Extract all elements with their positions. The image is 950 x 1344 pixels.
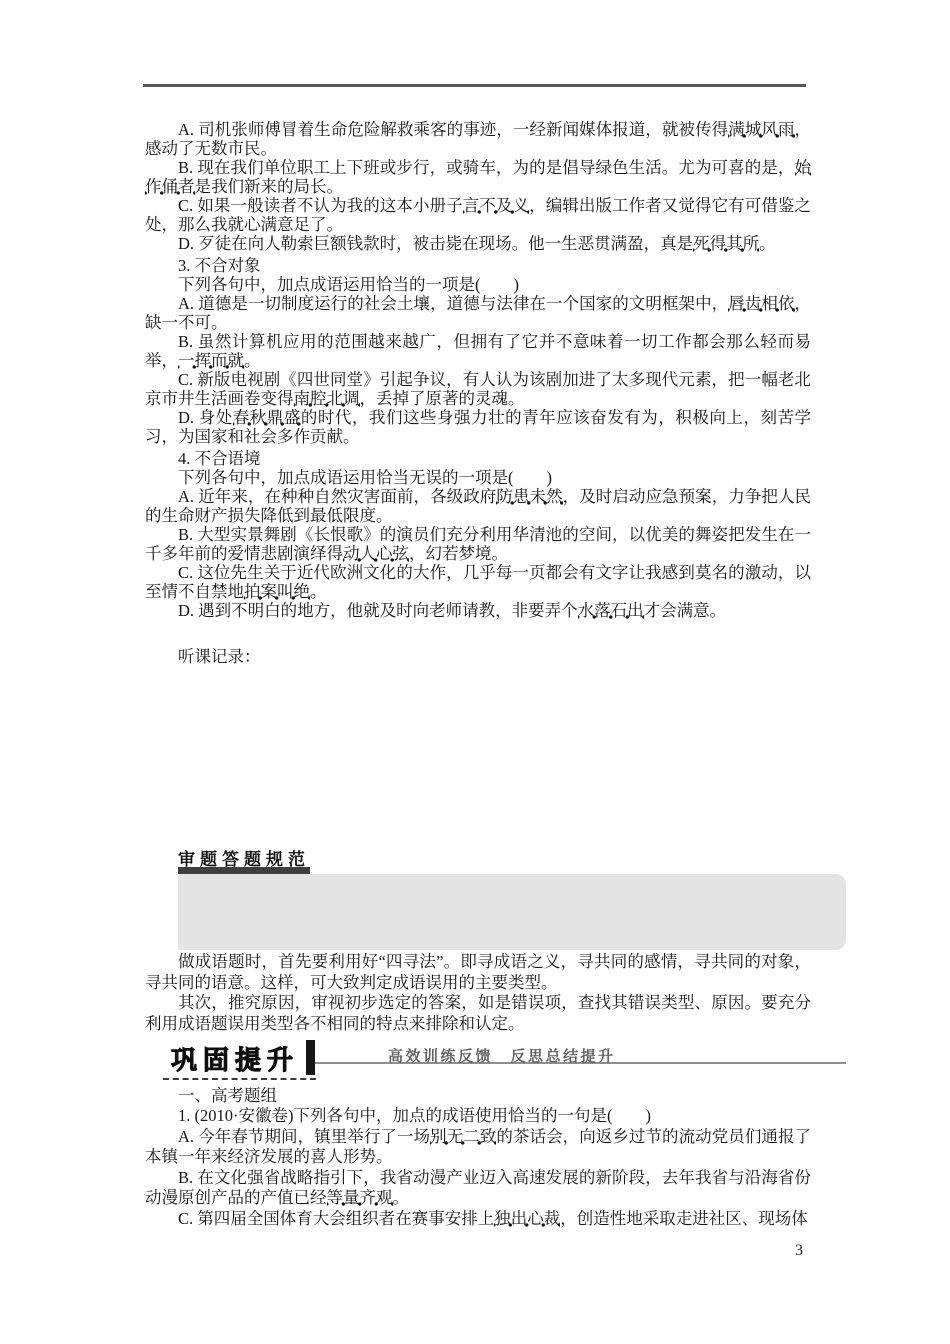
text-run: C. 第四届全国体育大会组织者在赛事安排上 <box>178 1209 494 1228</box>
option-paragraph: C. 这位先生关于近代欧洲文化的大作，几乎每一页都会有文字让我感到莫名的激动，以… <box>145 563 811 601</box>
text-run: 做成语题时，首先要利用好“四寻法”。即寻成语之义，寻共同的感情，寻共同的对象，寻… <box>145 952 811 992</box>
option-paragraph: C. 如果一般读者不认为我的这本小册子言不及义，编辑出版工作者又觉得它有可借鉴之… <box>145 196 811 234</box>
emphasized-idiom: 等量齐观 <box>327 1188 393 1207</box>
emphasized-idiom: 死得其所 <box>693 234 759 253</box>
emphasized-idiom: 一挥而就 <box>178 351 244 370</box>
option-paragraph: A. 今年春节期间，镇里举行了一场别无二致的茶话会，向返乡过节的流动党员们通报了… <box>145 1127 811 1166</box>
text-run: 。 <box>759 234 776 253</box>
text-run: A. 道德是一切制度运行的社会土壤，道德与法律在一个国家的文明框架中， <box>178 294 728 313</box>
text-run: D. 身处 <box>178 408 233 427</box>
text-run: 。 <box>393 1188 410 1207</box>
option-paragraph: B. 在文化强省战略指引下，我省动漫产业迈入高速发展的新阶段，去年我省与沿海省份… <box>145 1168 811 1207</box>
text-run: 下列各句中，加点成语运用恰当无误的一项是( ) <box>178 468 552 487</box>
emphasized-idiom: 言不及义 <box>463 196 529 215</box>
exercise-body: A. 司机张师傅冒着生命危险解救乘客的事迹，一经新闻媒体报道，就被传得满城风雨，… <box>145 120 811 666</box>
header-rule <box>143 84 806 87</box>
question-group-title: 一、高考题组 <box>145 1086 811 1106</box>
subsection-title: 4. 不合语境 <box>145 449 811 468</box>
text-run: ，创造性地采取走进社区、现场体 <box>560 1209 808 1228</box>
emphasized-idiom: 动人心弦 <box>343 544 409 563</box>
text-run: 3. 不合对象 <box>178 256 261 275</box>
text-run: B. 现在我们单位职工上下班或步行，或骑车，为的是倡导绿色生活。尤为可喜的是， <box>178 158 795 177</box>
emphasized-idiom: 唇齿相依 <box>728 294 794 313</box>
section-title-underline-bar <box>178 867 310 874</box>
worksheet-page: A. 司机张师傅冒着生命危险解救乘客的事迹，一经新闻媒体报道，就被传得满城风雨，… <box>0 0 950 1344</box>
option-paragraph: A. 司机张师傅冒着生命危险解救乘客的事迹，一经新闻媒体报道，就被传得满城风雨，… <box>145 120 811 158</box>
text-run: D. 歹徒在向人勒索巨额钱款时，被击毙在现场。他一生恶贯满盈，真是 <box>178 234 693 253</box>
page-number: 3 <box>795 1242 803 1260</box>
emphasized-idiom: 南腔北调 <box>294 389 360 408</box>
banner-subtitle: 高效训练反馈 反思总结提升 <box>388 1045 616 1066</box>
emphasized-idiom: 拍案叫绝 <box>244 582 310 601</box>
training-body: 一、高考题组1. (2010·安徽卷)下列各句中，加点的成语使用恰当的一句是( … <box>145 1086 811 1229</box>
option-paragraph: B. 现在我们单位职工上下班或步行，或骑车，为的是倡导绿色生活。尤为可喜的是，始… <box>145 158 811 196</box>
option-paragraph: D. 身处春秋鼎盛的时代，我们这些身强力壮的青年应该奋发有为，积极向上，刻苦学习… <box>145 408 811 446</box>
text-run: 其次，推究原因，审视初步选定的答案，如是错误项，查找其错误类型、原因。要充分利用… <box>145 993 811 1033</box>
emphasized-idiom: 满城风雨 <box>728 120 794 139</box>
option-paragraph: B. 大型实景舞剧《长恨歌》的演员们充分利用华清池的空间，以优美的舞姿把发生在一… <box>145 525 811 563</box>
text-run: A. 近年来，在种种自然灾害面前，各级政府 <box>178 487 496 506</box>
emphasized-idiom: 别无二致 <box>430 1127 496 1146</box>
option-paragraph: C. 第四届全国体育大会组织者在赛事安排上独出心裁，创造性地采取走进社区、现场体 <box>145 1209 811 1229</box>
option-paragraph: D. 歹徒在向人勒索巨额钱款时，被击毙在现场。他一生恶贯满盈，真是死得其所。 <box>145 234 811 253</box>
text-run: A. 司机张师傅冒着生命危险解救乘客的事迹，一经新闻媒体报道，就被传得 <box>178 120 728 139</box>
question-stem: 下列各句中，加点成语运用恰当的一项是( ) <box>145 275 811 294</box>
text-run: ，丢掉了原著的灵魂。 <box>360 389 525 408</box>
emphasized-idiom: 水落石出 <box>578 601 644 620</box>
emphasized-idiom: 春秋鼎盛 <box>233 408 301 427</box>
subsection-title: 3. 不合对象 <box>145 256 811 275</box>
explanation-paragraph: 做成语题时，首先要利用好“四寻法”。即寻成语之义，寻共同的感情，寻共同的对象，寻… <box>145 952 811 993</box>
text-run: B. 在文化强省战略指引下，我省动漫产业迈入高速发展的新阶段，去年我省与沿海省份… <box>145 1168 811 1207</box>
text-run: 一、高考题组 <box>178 1086 277 1105</box>
emphasized-idiom: 独出心裁 <box>494 1209 560 1228</box>
text-run: 1. (2010·安徽卷)下列各句中，加点的成语使用恰当的一句是( ) <box>178 1106 651 1125</box>
question-stem: 1. (2010·安徽卷)下列各句中，加点的成语使用恰当的一句是( ) <box>145 1106 811 1126</box>
option-paragraph: D. 遇到不明白的地方，他就及时向老师请教，非要弄个水落石出才会满意。 <box>145 601 811 620</box>
text-run: 是我们新来的局长。 <box>195 177 344 196</box>
option-paragraph: C. 新版电视剧《四世同堂》引起争议，有人认为该剧加进了太多现代元素，把一幅老北… <box>145 370 811 408</box>
option-paragraph: A. 近年来，在种种自然灾害面前，各级政府防患未然，及时启动应急预案，力争把人民… <box>145 487 811 525</box>
answer-standard-body: 做成语题时，首先要利用好“四寻法”。即寻成语之义，寻共同的感情，寻共同的对象，寻… <box>145 952 811 1034</box>
text-run: ，幻若梦境。 <box>409 544 508 563</box>
text-run: 才会满意。 <box>644 601 727 620</box>
banner-dashed-underline <box>163 1078 316 1080</box>
emphasized-idiom: 防患未然 <box>496 487 562 506</box>
text-run: 。 <box>244 351 261 370</box>
text-run: D. 遇到不明白的地方，他就及时向老师请教，非要弄个 <box>178 601 578 620</box>
option-paragraph: A. 道德是一切制度运行的社会土壤，道德与法律在一个国家的文明框架中，唇齿相依，… <box>145 294 811 332</box>
text-run: C. 如果一般读者不认为我的这本小册子 <box>178 196 463 215</box>
text-run: 4. 不合语境 <box>178 449 261 468</box>
text-run: 。 <box>310 582 327 601</box>
section-title-consolidate: 巩固提升 <box>171 1040 299 1077</box>
option-paragraph: B. 虽然计算机应用的范围越来越广，但拥有了它并不意味着一切工作都会那么轻而易举… <box>145 332 811 370</box>
summary-note-box <box>178 874 846 950</box>
banner-vertical-bar <box>306 1040 315 1075</box>
question-stem: 下列各句中，加点成语运用恰当无误的一项是( ) <box>145 468 811 487</box>
text-run: 听课记录： <box>178 647 261 666</box>
notes-label: 听课记录： <box>145 647 811 666</box>
text-run: A. 今年春节期间，镇里举行了一场 <box>178 1127 430 1146</box>
text-run: 下列各句中，加点成语运用恰当的一项是( ) <box>178 275 519 294</box>
explanation-paragraph: 其次，推究原因，审视初步选定的答案，如是错误项，查找其错误类型、原因。要充分利用… <box>145 993 811 1034</box>
